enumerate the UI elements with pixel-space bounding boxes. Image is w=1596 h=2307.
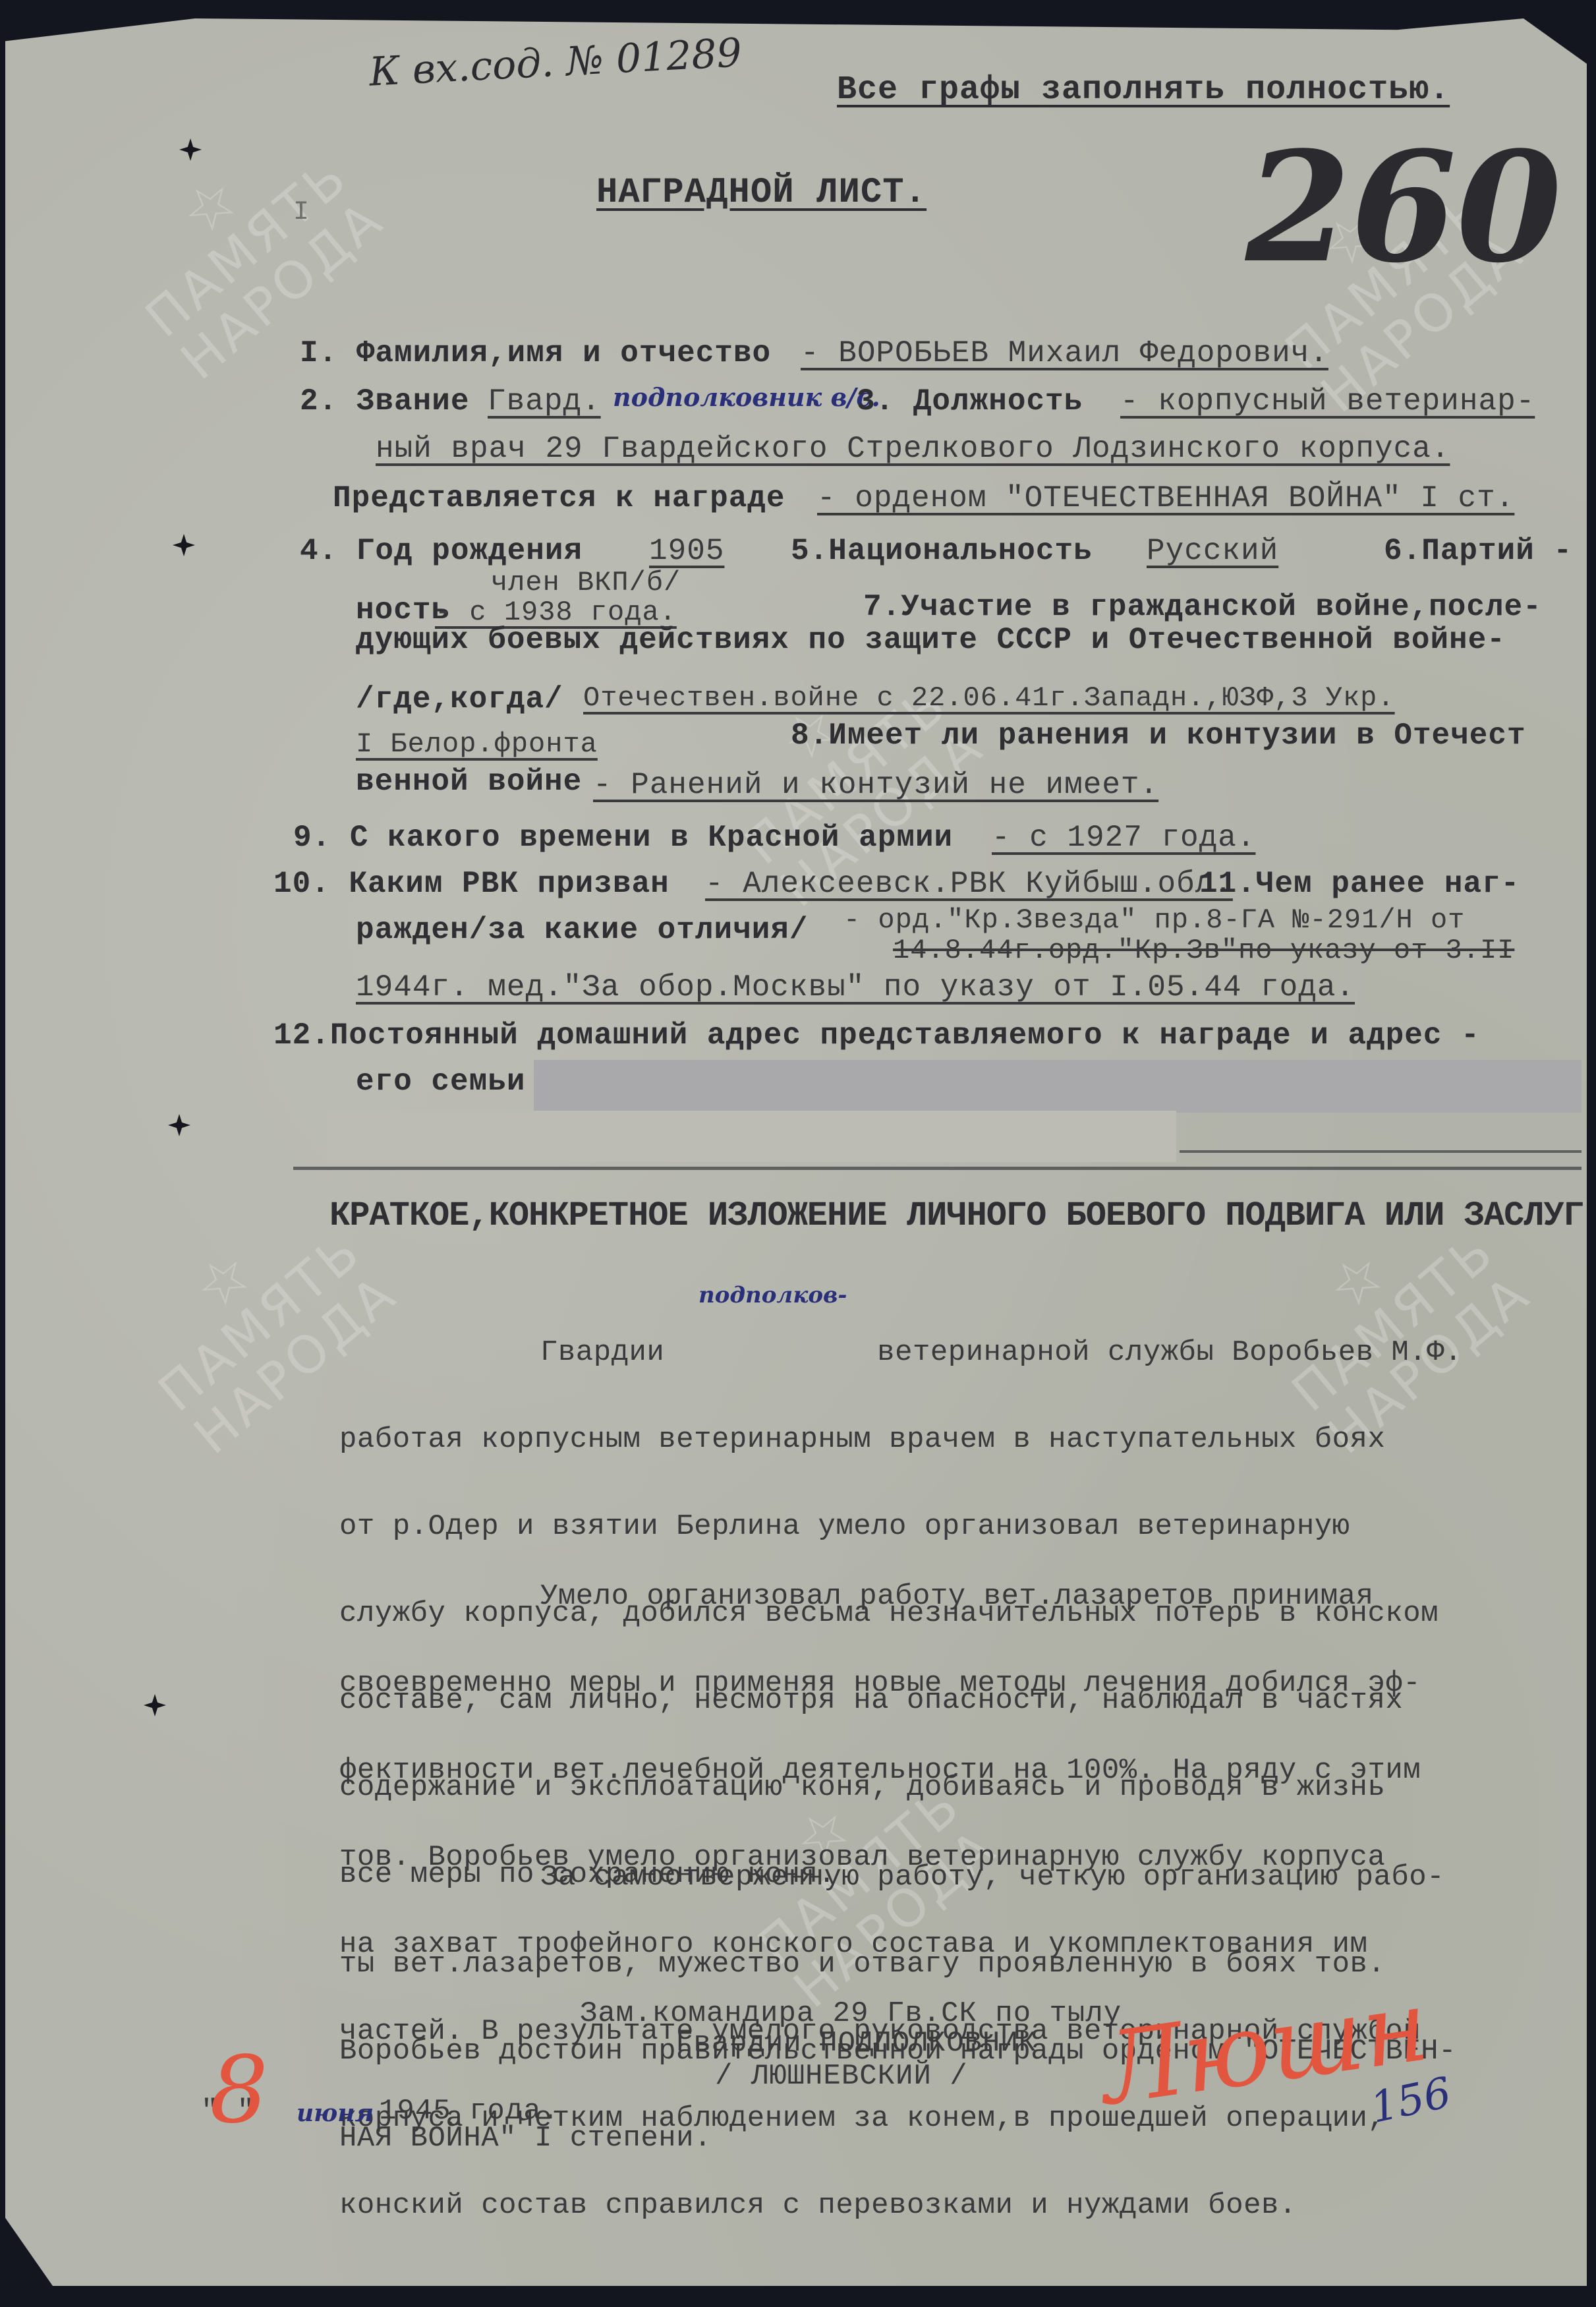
body-line: своевременно меры и применяя новые метод… xyxy=(339,1669,1421,1698)
nominated-value: - орденом "ОТЕЧЕСТВЕННАЯ ВОЙНА" I ст. xyxy=(817,481,1514,515)
body-line: ты вет.лазаретов, мужество и отвагу проя… xyxy=(339,1950,1456,1979)
field-1-value: - ВОРОБЬЕВ Михаил Федорович. xyxy=(801,336,1328,370)
field-7-value: Отечествен.войне с 22.06.41г.Западн.,ЮЗФ… xyxy=(583,682,1395,714)
redacted-address-cont xyxy=(326,1111,1176,1162)
field-4-value: 1905 xyxy=(649,534,724,568)
field-6-label: 6.Партий - xyxy=(1384,534,1572,568)
field-12-label-cont: его семьи xyxy=(356,1065,525,1099)
signer-name: / ЛЮШНЕВСКИЙ / xyxy=(715,2060,968,2093)
field-5-value: Русский xyxy=(1147,534,1278,568)
field-10-label: 10. Каким РВК призван xyxy=(273,867,670,901)
document-title: НАГРАДНОЙ ЛИСТ. xyxy=(596,173,926,213)
signer-position: Зам.командира 29 Гв.СК по тылу xyxy=(580,1997,1122,2030)
field-11-value-c: 1944г. мед."За обор.Москвы" по указу от … xyxy=(356,970,1355,1005)
field-7-label-cont: дующих боевых действиях по защите СССР и… xyxy=(356,623,1506,657)
body-line: Умело организовал работу вет.лазаретов п… xyxy=(339,1582,1421,1611)
body-line: За самоотверженную работу, четкую органи… xyxy=(339,1863,1456,1892)
body-line: НАЯ ВОЙНА" I степени. xyxy=(339,2124,1456,2153)
field-10-value: - Алексеевск.РВК Куйбыш.обл. xyxy=(705,867,1233,901)
nominated-label: Представляется к награде xyxy=(333,481,785,515)
field-6-value-top: член ВКП/б/ xyxy=(491,567,681,599)
field-3-value-cont: ный врач 29 Гвардейского Стрелкового Лод… xyxy=(376,432,1450,466)
field-3-value: - корпусный ветеринар- xyxy=(1120,384,1535,419)
field-5-label: 5.Национальность xyxy=(791,534,1093,568)
field-1-label: I. Фамилия,имя и отчество xyxy=(300,336,771,370)
field-11-label: 11.Чем ранее наг- xyxy=(1199,867,1520,901)
date-year: 1945 года. xyxy=(379,2095,559,2128)
field-11-value-b: 14.8.44г.орд."Кр.Зв"по указу от 3.II xyxy=(893,935,1514,966)
field-11-value: - орд."Кр.Звезда" пр.8-ГА №-291/Н от xyxy=(843,904,1465,936)
field-9-label: 9. С какого времени в Красной армии xyxy=(293,821,953,855)
field-7-value-cont: I Белор.фронта xyxy=(356,728,598,760)
field-3-label: 3. Должность xyxy=(857,384,1083,419)
body-line: фективности вет.лечебной деятельности на… xyxy=(339,1756,1421,1785)
separator-line xyxy=(293,1167,1582,1170)
field-8-value: - Ранений и контузий не имеет. xyxy=(593,768,1158,802)
field-7-label-where: /где,когда/ xyxy=(356,682,563,716)
margin-numeral: I xyxy=(293,198,310,227)
section-title: КРАТКОЕ,КОНКРЕТНОЕ ИЗЛОЖЕНИЕ ЛИЧНОГО БОЕ… xyxy=(329,1196,1583,1235)
field-4-label: 4. Год рождения xyxy=(300,534,583,568)
redacted-address xyxy=(534,1060,1582,1113)
field-9-value: - с 1927 года. xyxy=(992,821,1255,855)
instruction: Все графы заполнять полностью. xyxy=(837,71,1450,109)
field-8-label: 8.Имеет ли ранения и контузии в Отечест xyxy=(791,718,1526,753)
field-2-value: Гвард. xyxy=(488,384,601,419)
field-11-label-cont: ражден/за какие отличия/ xyxy=(356,913,809,947)
page-number-handwritten: 260 xyxy=(1245,119,1562,297)
body-line: Гвардии ветеринарной службы Воробьев М.Ф… xyxy=(339,1338,1462,1367)
body-line: работая корпусным ветеринарным врачем в … xyxy=(339,1425,1462,1454)
body-line: конский состав справился с перевозками и… xyxy=(339,2191,1421,2220)
field-2-label: 2. Звание xyxy=(300,384,469,419)
field-12-label: 12.Постоянный домашний адрес представляе… xyxy=(273,1018,1480,1053)
field-2-handwritten: подполковник в/с. xyxy=(613,382,880,412)
field-8-label-cont: венной войне xyxy=(356,765,582,799)
date-month-handwritten: июня xyxy=(297,2099,374,2127)
separator-line xyxy=(1180,1150,1582,1153)
signer-rank: Гвардии ПОДПОЛКОВНИК xyxy=(675,2027,1037,2060)
date-day-handwritten: 8 xyxy=(210,2037,268,2144)
field-7-label: 7.Участие в гражданской войне,после- xyxy=(863,590,1542,624)
